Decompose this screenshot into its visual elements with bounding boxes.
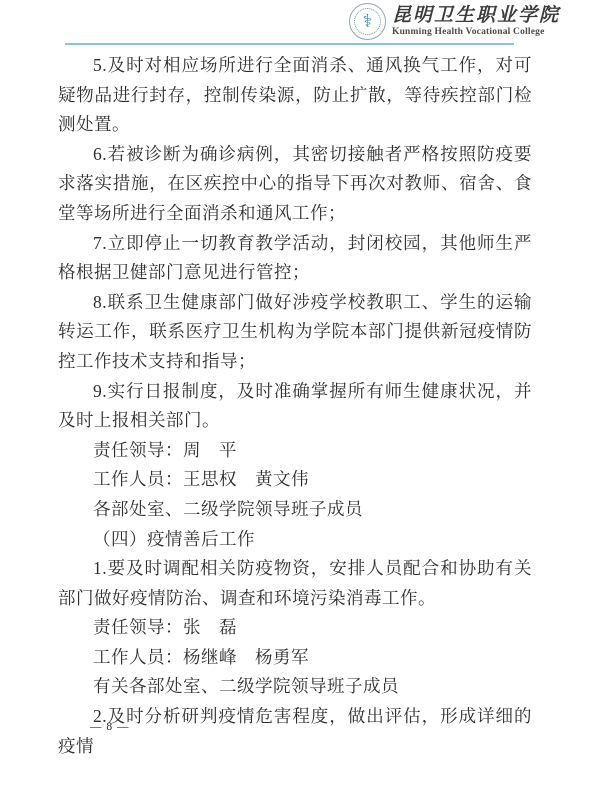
school-seal-icon: ⚕	[349, 3, 386, 40]
staff-2: 工作人员：杨继峰 杨勇军	[58, 643, 532, 673]
members-1: 各部处室、二级学院领导班子成员	[58, 495, 532, 525]
responsible-leader-2: 责任领导：张 磊	[58, 613, 532, 643]
document-body: 5.及时对相应场所进行全面消杀、通风换气工作，对可疑物品进行封存，控制传染源，防…	[58, 51, 532, 761]
letterhead: ⚕ 昆明卫生职业学院 Kunming Health Vocational Col…	[349, 3, 560, 40]
responsible-leader-1: 责任领导：周 平	[58, 436, 532, 466]
school-name-chinese: 昆明卫生职业学院	[392, 6, 560, 27]
school-name-block: 昆明卫生职业学院 Kunming Health Vocational Colle…	[392, 6, 560, 37]
staff-1: 工作人员：王思权 黄文伟	[58, 465, 532, 495]
school-name-english: Kunming Health Vocational College	[392, 27, 560, 37]
item-8: 8.联系卫生健康部门做好涉疫学校教职工、学生的运输转运工作，联系医疗卫生机构为学…	[58, 288, 532, 377]
members-2: 有关各部处室、二级学院领导班子成员	[58, 672, 532, 702]
item-1: 1.要及时调配相关防疫物资，安排人员配合和协助有关部门做好疫情防治、调查和环境污…	[58, 554, 532, 613]
document-page: ⚕ 昆明卫生职业学院 Kunming Health Vocational Col…	[0, 0, 590, 797]
item-6: 6.若被诊断为确诊病例，其密切接触者严格按照防疫要求落实措施，在区疾控中心的指导…	[58, 140, 532, 229]
medical-staff-icon: ⚕	[363, 13, 373, 31]
header-divider	[65, 43, 514, 45]
section-heading-4: （四）疫情善后工作	[58, 525, 532, 555]
item-7: 7.立即停止一切教育教学活动，封闭校园，其他师生严格根据卫健部门意见进行管控；	[58, 229, 532, 288]
item-9: 9.实行日报制度，及时准确掌握所有师生健康状况，并及时上报相关部门。	[58, 377, 532, 436]
page-number: — 8 —	[90, 721, 130, 733]
item-5: 5.及时对相应场所进行全面消杀、通风换气工作，对可疑物品进行封存，控制传染源，防…	[58, 51, 532, 140]
